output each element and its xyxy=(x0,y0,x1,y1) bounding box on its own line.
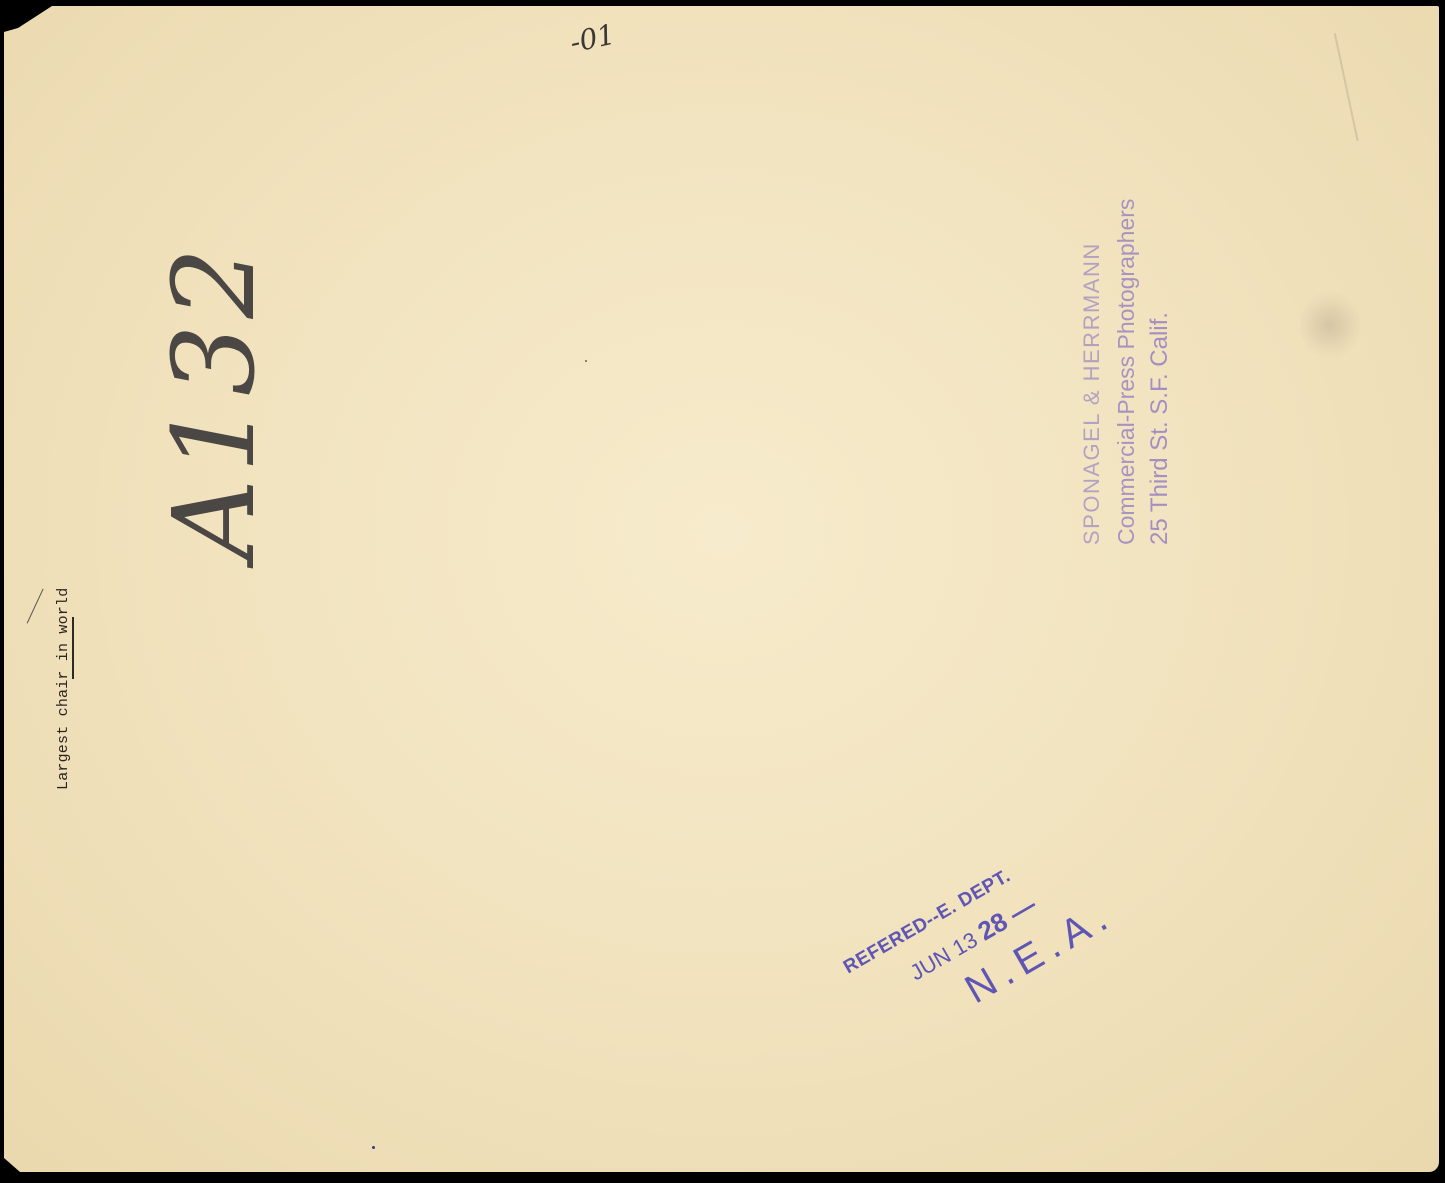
ink-dot xyxy=(372,1146,375,1149)
typed-caption: Largest chair in world xyxy=(55,588,72,790)
caption-underline xyxy=(72,617,74,679)
studio-address: 25 Third St. S.F. Calif. xyxy=(1143,199,1177,545)
studio-stamp: SPONAGEL & HERRMANN Commercial-Press Pho… xyxy=(1075,199,1177,545)
photo-back-sheet xyxy=(4,6,1439,1172)
stain xyxy=(1300,290,1360,360)
paper-speck xyxy=(585,360,587,362)
handwritten-archive-number: A132 xyxy=(150,241,280,560)
studio-description: Commercial-Press Photographers xyxy=(1109,199,1143,545)
studio-name: SPONAGEL & HERRMANN xyxy=(1075,199,1109,545)
